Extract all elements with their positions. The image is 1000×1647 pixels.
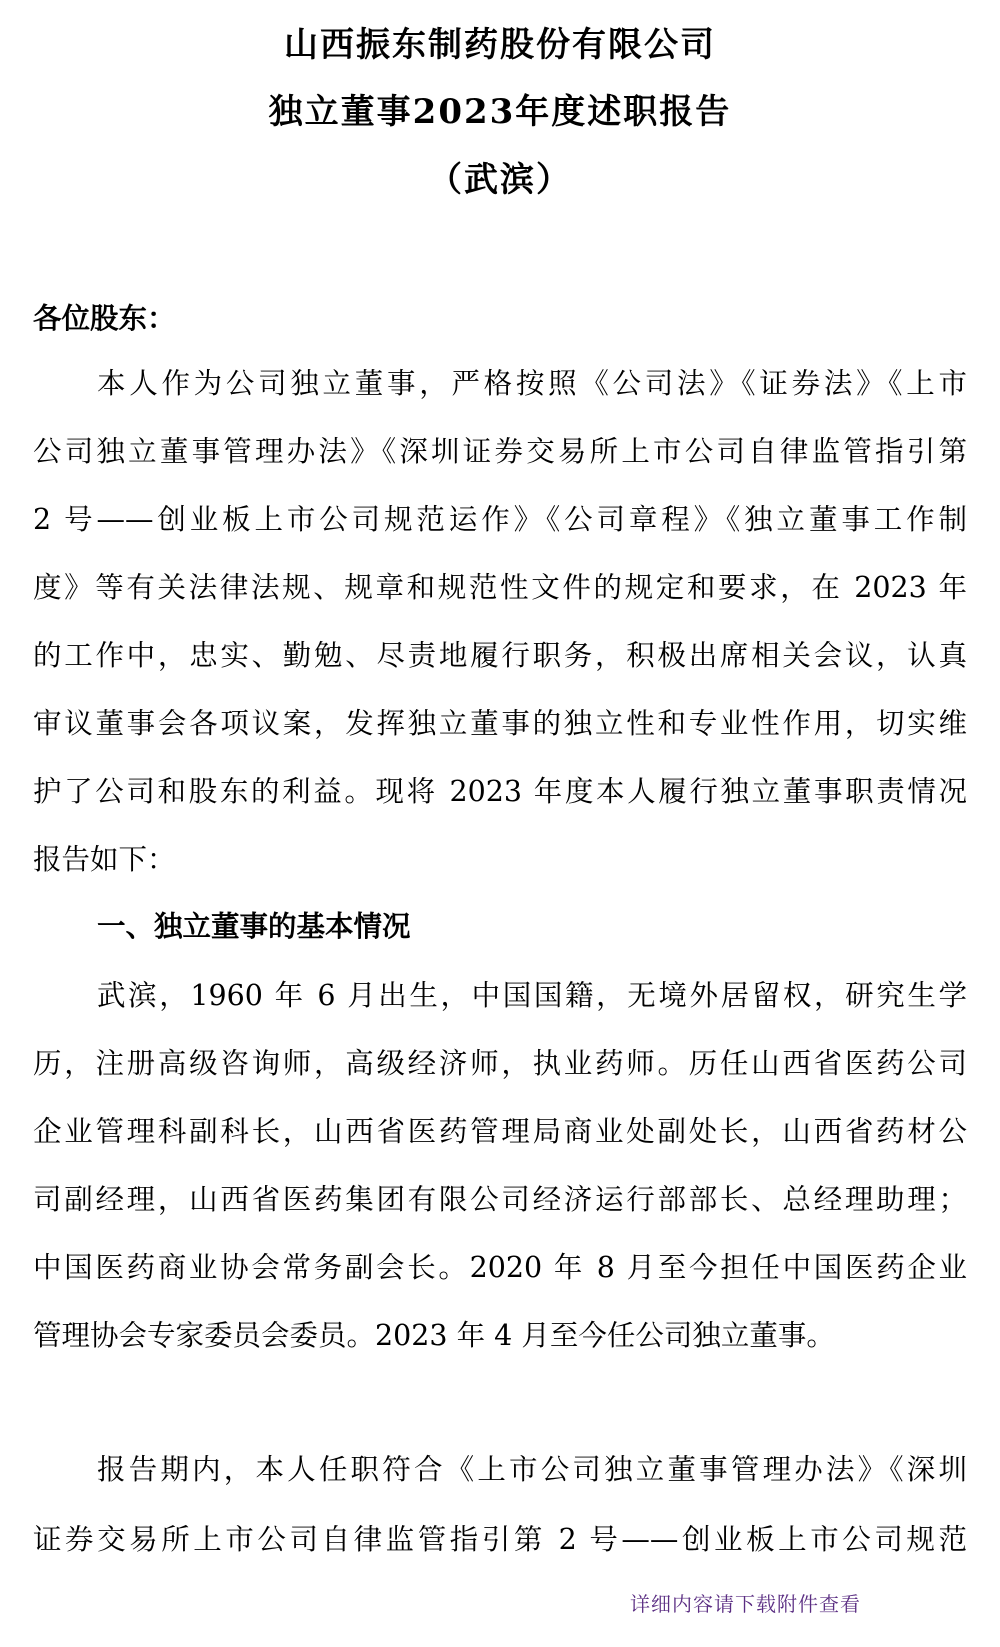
section-heading-basic-info: 一、独立董事的基本情况 bbox=[97, 906, 967, 946]
paragraph-2-line: 中国医药商业协会常务副会长。2020 年 8 月至今担任中国医药企业 bbox=[33, 1248, 967, 1288]
paragraph-1-line: 护了公司和股东的利益。现将 2023 年度本人履行独立董事职责情况 bbox=[33, 772, 967, 812]
paragraph-2-line: 管理协会专家委员会委员。2023 年 4 月至今任公司独立董事。 bbox=[33, 1316, 967, 1356]
paragraph-2-line: 历，注册高级咨询师，高级经济师，执业药师。历任山西省医药公司 bbox=[33, 1044, 967, 1084]
paragraph-1-line: 2 号——创业板上市公司规范运作》《公司章程》《独立董事工作制 bbox=[33, 500, 967, 540]
paragraph-1-line: 审议董事会各项议案，发挥独立董事的独立性和专业性作用，切实维 bbox=[33, 704, 967, 744]
report-author: （武滨） bbox=[0, 160, 1000, 200]
paragraph-2-line: 武滨，1960 年 6 月出生，中国国籍，无境外居留权，研究生学 bbox=[97, 976, 967, 1016]
paragraph-3-line: 报告期内，本人任职符合《上市公司独立董事管理办法》《深圳 bbox=[97, 1450, 967, 1490]
paragraph-3-line: 证券交易所上市公司自律监管指引第 2 号——创业板上市公司规范 bbox=[33, 1520, 967, 1560]
paragraph-1-line: 度》等有关法律法规、规章和规范性文件的规定和要求，在 2023 年 bbox=[33, 568, 967, 608]
paragraph-1-line: 公司独立董事管理办法》《深圳证券交易所上市公司自律监管指引第 bbox=[33, 432, 967, 472]
paragraph-1-line: 报告如下： bbox=[33, 840, 967, 880]
paragraph-1-line: 本人作为公司独立董事，严格按照《公司法》《证券法》《上市 bbox=[97, 364, 967, 404]
document-page: 山西振东制药股份有限公司 独立董事2023年度述职报告 （武滨） 各位股东： 本… bbox=[0, 0, 1000, 1647]
salutation: 各位股东： bbox=[33, 298, 967, 338]
download-attachment-link[interactable]: 详细内容请下载附件查看 bbox=[630, 1590, 861, 1618]
paragraph-1-line: 的工作中，忠实、勤勉、尽责地履行职务，积极出席相关会议，认真 bbox=[33, 636, 967, 676]
report-title: 独立董事2023年度述职报告 bbox=[0, 92, 1000, 132]
company-title: 山西振东制药股份有限公司 bbox=[0, 25, 1000, 65]
paragraph-2-line: 企业管理科副科长，山西省医药管理局商业处副处长，山西省药材公 bbox=[33, 1112, 967, 1152]
paragraph-2-line: 司副经理，山西省医药集团有限公司经济运行部部长、总经理助理； bbox=[33, 1180, 967, 1220]
